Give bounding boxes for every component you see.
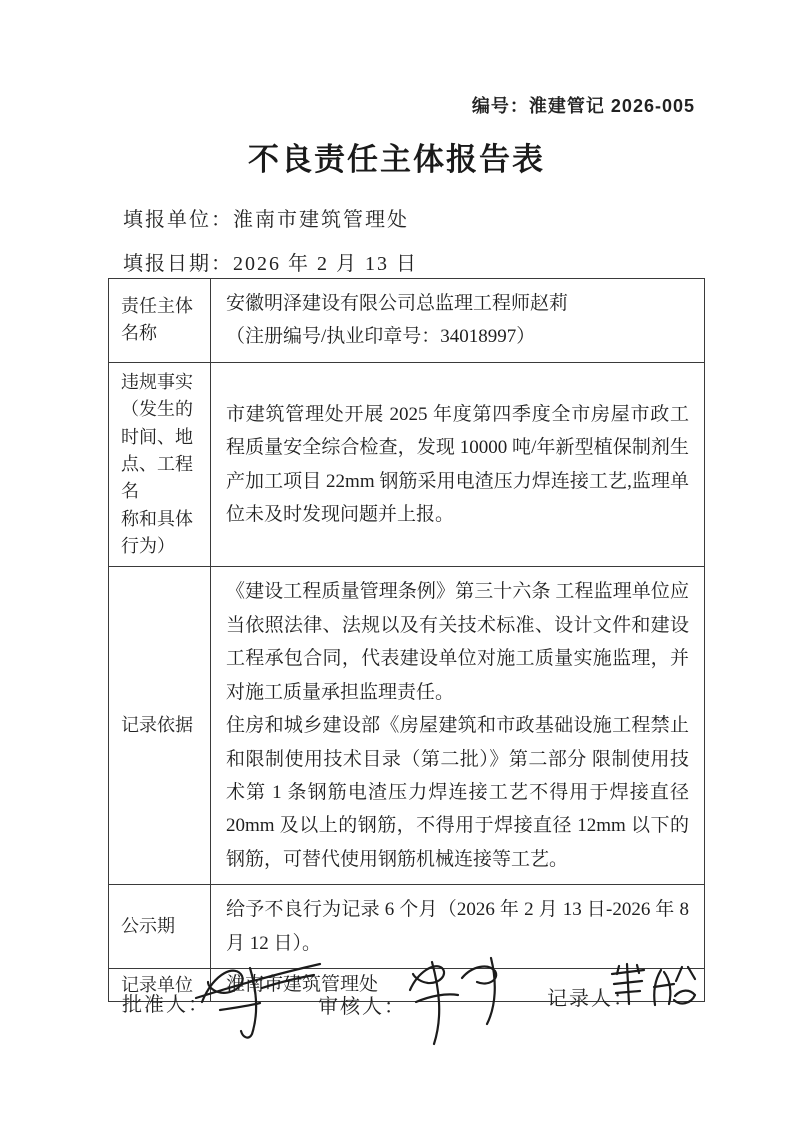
label-violation-facts: 违规事实 （发生的 时间、地 点、工程名 称和具体 行为） (109, 362, 211, 567)
table-row-violation-facts: 违规事实 （发生的 时间、地 点、工程名 称和具体 行为） 市建筑管理处开展 2… (109, 362, 705, 567)
value-record-basis: 《建设工程质量管理条例》第三十六条 工程监理单位应当依照法律、法规以及有关技术标… (211, 567, 705, 885)
value-violation-facts: 市建筑管理处开展 2025 年度第四季度全市房屋市政工程质量安全综合检查，发现 … (211, 362, 705, 567)
value-responsible-party-name: 安徽明泽建设有限公司总监理工程师赵莉 （注册编号/执业印章号：34018997） (211, 279, 705, 363)
document-number: 编号：淮建管记 2026-005 (472, 92, 695, 118)
label-responsible-party-name: 责任主体 名称 (109, 279, 211, 363)
recorder-handwritten-signature (606, 960, 702, 1022)
filing-unit-line: 填报单位：淮南市建筑管理处 (123, 203, 409, 232)
reviewer-label: 审核人： (318, 990, 406, 1019)
scanned-report-page: 编号：淮建管记 2026-005 不良责任主体报告表 填报单位：淮南市建筑管理处… (0, 0, 793, 1122)
filing-date-line: 填报日期：2026 年 2 月 13 日 (123, 247, 418, 276)
approver-handwritten-signature (192, 956, 324, 1042)
page-title: 不良责任主体报告表 (0, 134, 793, 179)
reviewer-handwritten-signature (398, 948, 510, 1052)
report-table: 责任主体 名称 安徽明泽建设有限公司总监理工程师赵莉 （注册编号/执业印章号：3… (108, 278, 705, 1002)
table-row-record-basis: 记录依据 《建设工程质量管理条例》第三十六条 工程监理单位应当依照法律、法规以及… (109, 567, 705, 885)
label-record-basis: 记录依据 (109, 567, 211, 885)
table-row-responsible-party: 责任主体 名称 安徽明泽建设有限公司总监理工程师赵莉 （注册编号/执业印章号：3… (109, 279, 705, 363)
